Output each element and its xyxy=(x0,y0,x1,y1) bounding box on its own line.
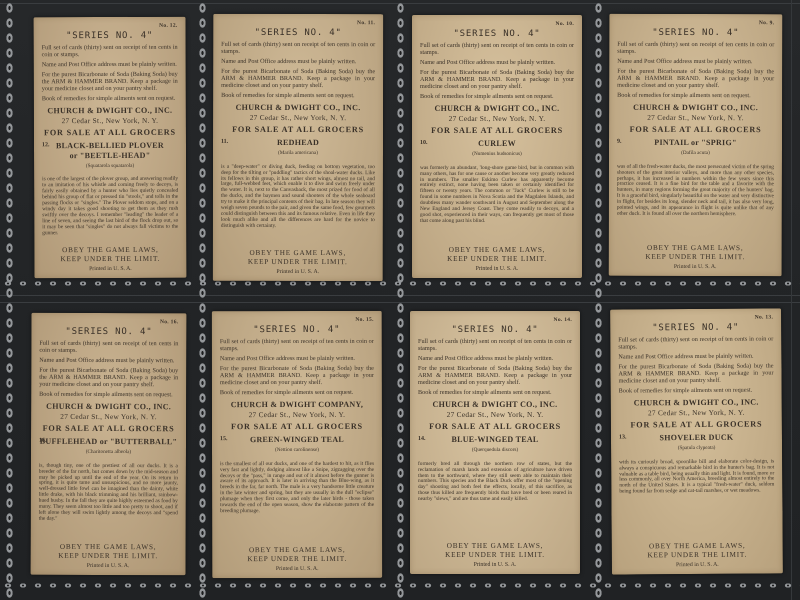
company-address: 27 Cedar St., New York, N. Y. xyxy=(617,114,774,123)
game-laws-line-2: KEEP UNDER THE LIMIT. xyxy=(418,551,572,560)
bird-description-text: with its curiously broad, spoonlike bill… xyxy=(619,458,774,495)
address-instruction-paragraph: Name and Post Office address must be pla… xyxy=(42,61,178,69)
bird-description-text: is one of the largest of the plover grou… xyxy=(42,176,178,236)
company-name: CHURCH & DWIGHT CO., INC. xyxy=(418,400,572,410)
game-laws-line-1: OBEY THE GAME LAWS, xyxy=(220,546,374,556)
trading-card-back: No. 13. "SERIES NO. 4" Full set of cards… xyxy=(610,308,783,574)
remedies-paragraph: Book of remedies for simple ailments sen… xyxy=(220,388,374,395)
arm-and-hammer-ad-paragraph: For the purest Bicarbonate of Soda (Baki… xyxy=(617,67,774,89)
bird-name-title: BLUE-WINGED TEAL xyxy=(418,435,572,445)
arm-and-hammer-ad-paragraph: For the purest Bicarbonate of Soda (Baki… xyxy=(39,366,178,388)
trading-card-back: No. 15. "SERIES NO. 4" Full set of cards… xyxy=(212,311,382,578)
scientific-name: (Dafila acuta) xyxy=(617,150,774,157)
offer-paragraph: Full set of cards (thirty) sent on recei… xyxy=(221,41,375,56)
company-address: 27 Cedar St., New York, N. Y. xyxy=(221,114,375,123)
offer-paragraph: Full set of cards (thirty) sent on recei… xyxy=(617,41,774,56)
bird-name-title: PINTAIL or "SPRIG" xyxy=(617,138,774,148)
card-title-row: 15. GREEN-WINGED TEAL xyxy=(220,435,374,445)
company-name: CHURCH & DWIGHT CO., INC. xyxy=(42,106,178,116)
grocers-line: FOR SALE AT ALL GROCERS xyxy=(418,422,572,432)
grocers-line: FOR SALE AT ALL GROCERS xyxy=(619,419,774,430)
bird-description-text: is a "deep-water" or diving duck, feedin… xyxy=(221,163,375,229)
scientific-name: (Numenius hudsonicus) xyxy=(420,151,574,157)
stitch-row-middle xyxy=(0,277,800,290)
bird-name-title: BLACK-BELLIED PLOVER xyxy=(42,141,178,151)
bird-name-title: CURLEW xyxy=(420,139,574,149)
series-title: "SERIES NO. 4" xyxy=(420,29,574,40)
game-laws-line-1: OBEY THE GAME LAWS, xyxy=(617,244,774,254)
arm-and-hammer-ad-paragraph: For the purest Bicarbonate of Soda (Baki… xyxy=(221,68,375,90)
address-instruction-paragraph: Name and Post Office address must be pla… xyxy=(418,355,572,362)
stitch-column-3 xyxy=(592,0,605,600)
card-footer: OBEY THE GAME LAWS, KEEP UNDER THE LIMIT… xyxy=(617,244,774,272)
card-number-badge: No. 16. xyxy=(39,320,178,326)
offer-paragraph: Full set of cards (thirty) sent on recei… xyxy=(220,338,374,353)
stitch-column-1 xyxy=(196,0,209,600)
remedies-paragraph: Book of remedies for simple ailments sen… xyxy=(418,389,572,396)
remedies-paragraph: Book of remedies for simple ailments sen… xyxy=(617,91,774,99)
card-title-number: 13. xyxy=(619,435,627,442)
printed-in-usa-line: Printed in U. S. A. xyxy=(620,562,775,570)
card-title-number: 15. xyxy=(220,436,228,443)
address-instruction-paragraph: Name and Post Office address must be pla… xyxy=(617,58,774,66)
remedies-paragraph: Book of remedies for simple ailments sen… xyxy=(39,390,178,398)
offer-paragraph: Full set of cards (thirty) sent on recei… xyxy=(618,336,773,351)
printed-in-usa-line: Printed in U. S. A. xyxy=(221,269,375,276)
remedies-paragraph: Book of remedies for simple ailments sen… xyxy=(619,386,774,394)
game-laws-line-2: KEEP UNDER THE LIMIT. xyxy=(620,551,775,561)
bird-description-text: was formerly an abundant, 'long-shore ga… xyxy=(420,165,574,225)
grocers-line: FOR SALE AT ALL GROCERS xyxy=(42,127,178,137)
offer-paragraph: Full set of cards (thirty) sent on recei… xyxy=(418,338,572,352)
card-title-row: 16. BUFFLEHEAD or "BUTTERBALL" xyxy=(39,437,178,447)
address-instruction-paragraph: Name and Post Office address must be pla… xyxy=(39,357,178,365)
card-footer: OBEY THE GAME LAWS, KEEP UNDER THE LIMIT… xyxy=(42,246,178,274)
company-address: 27 Cedar St., New York, N. Y. xyxy=(619,408,774,418)
card-number-badge: No. 15. xyxy=(220,318,374,324)
printed-in-usa-line: Printed in U. S. A. xyxy=(617,264,774,271)
address-instruction-paragraph: Name and Post Office address must be pla… xyxy=(220,355,374,362)
game-laws-line-2: KEEP UNDER THE LIMIT. xyxy=(617,253,774,263)
trading-card-back: No. 14. "SERIES NO. 4" Full set of cards… xyxy=(410,311,580,574)
bird-name-title: BUFFLEHEAD or "BUTTERBALL" xyxy=(39,437,178,447)
card-sleeve: No. 12. "SERIES NO. 4" Full set of cards… xyxy=(0,0,800,600)
binder-page: { "page": { "background_color": "#232527… xyxy=(0,0,800,600)
printed-in-usa-line: Printed in U. S. A. xyxy=(42,266,178,273)
series-title: "SERIES NO. 4" xyxy=(42,30,178,41)
bird-description-text: formerly bred all through the northern r… xyxy=(418,461,572,503)
card-title-number: 12. xyxy=(42,143,50,150)
series-title: "SERIES NO. 4" xyxy=(618,322,773,334)
card-title-row: 11. REDHEAD xyxy=(221,138,375,148)
card-number-badge: No. 12. xyxy=(42,24,178,30)
card-number-badge: No. 11. xyxy=(221,21,375,27)
series-title: "SERIES NO. 4" xyxy=(39,326,178,337)
game-laws-line-1: OBEY THE GAME LAWS, xyxy=(221,249,375,259)
address-instruction-paragraph: Name and Post Office address must be pla… xyxy=(221,58,375,65)
arm-and-hammer-ad-paragraph: For the purest Bicarbonate of Soda (Baki… xyxy=(618,362,773,384)
card-number-badge: No. 13. xyxy=(618,315,773,322)
stitch-row-bottom xyxy=(0,579,800,592)
card-title-number: 11. xyxy=(221,139,228,146)
scientific-name: (Charitonetta albeola) xyxy=(39,449,178,456)
card-footer: OBEY THE GAME LAWS, KEEP UNDER THE LIMIT… xyxy=(620,541,775,569)
grocers-line: FOR SALE AT ALL GROCERS xyxy=(221,124,375,134)
game-laws-line-1: OBEY THE GAME LAWS, xyxy=(418,542,572,551)
trading-card-back: No. 16. "SERIES NO. 4" Full set of cards… xyxy=(31,313,187,576)
stitch-column-2 xyxy=(394,0,407,600)
bird-name-subtitle: or "BEETLE-HEAD" xyxy=(42,151,178,161)
card-title-row: 10. CURLEW xyxy=(420,139,574,149)
card-title-row: 9. PINTAIL or "SPRIG" xyxy=(617,138,774,148)
remedies-paragraph: Book of remedies for simple ailments sen… xyxy=(420,93,574,100)
card-title-number: 14. xyxy=(418,436,426,443)
bird-description-text: was of all the fresh-water ducks, the mo… xyxy=(617,163,774,217)
scientific-name: (Querquedula discors) xyxy=(418,447,572,453)
company-name: CHURCH & DWIGHT CO., INC. xyxy=(619,398,774,409)
trading-card-back: No. 12. "SERIES NO. 4" Full set of cards… xyxy=(34,17,187,279)
scientific-name: (Nettion carolinense) xyxy=(220,447,374,454)
series-title: "SERIES NO. 4" xyxy=(220,324,374,335)
game-laws-line-2: KEEP UNDER THE LIMIT. xyxy=(42,255,178,265)
series-title: "SERIES NO. 4" xyxy=(221,27,375,38)
trading-card-back: No. 9. "SERIES NO. 4" Full set of cards … xyxy=(609,14,783,276)
company-address: 27 Cedar St., New York, N. Y. xyxy=(39,413,178,422)
bird-description-text: is the smallest of all our ducks, and on… xyxy=(220,460,374,514)
arm-and-hammer-ad-paragraph: For the purest Bicarbonate of Soda (Baki… xyxy=(420,69,574,90)
card-footer: OBEY THE GAME LAWS, KEEP UNDER THE LIMIT… xyxy=(420,246,574,273)
company-name: CHURCH & DWIGHT COMPANY, xyxy=(220,400,374,410)
remedies-paragraph: Book of remedies for simple ailments sen… xyxy=(221,91,375,98)
card-number-badge: No. 10. xyxy=(420,22,574,28)
game-laws-line-2: KEEP UNDER THE LIMIT. xyxy=(39,552,178,562)
card-title-row: 14. BLUE-WINGED TEAL xyxy=(418,435,572,445)
card-title-number: 10. xyxy=(420,140,428,147)
bird-description-text: is, though tiny, one of the prettiest of… xyxy=(39,462,178,522)
arm-and-hammer-ad-paragraph: For the purest Bicarbonate of Soda (Baki… xyxy=(220,365,374,387)
printed-in-usa-line: Printed in U. S. A. xyxy=(220,566,374,573)
scientific-name: (Squatarola squatarola) xyxy=(42,162,178,169)
card-title-number: 9. xyxy=(617,139,622,146)
card-number-badge: No. 14. xyxy=(418,318,572,324)
arm-and-hammer-ad-paragraph: For the purest Bicarbonate of Soda (Baki… xyxy=(418,365,572,386)
game-laws-line-1: OBEY THE GAME LAWS, xyxy=(420,246,574,255)
address-instruction-paragraph: Name and Post Office address must be pla… xyxy=(618,353,773,361)
card-footer: OBEY THE GAME LAWS, KEEP UNDER THE LIMIT… xyxy=(39,543,178,571)
offer-paragraph: Full set of cards (thirty) sent on recei… xyxy=(42,44,178,59)
grocers-line: FOR SALE AT ALL GROCERS xyxy=(39,423,178,433)
offer-paragraph: Full set of cards (thirty) sent on recei… xyxy=(420,42,574,56)
grocers-line: FOR SALE AT ALL GROCERS xyxy=(220,421,374,431)
trading-card-back: No. 11. "SERIES NO. 4" Full set of cards… xyxy=(213,14,383,281)
company-address: 27 Cedar St., New York, N. Y. xyxy=(42,117,178,126)
card-footer: OBEY THE GAME LAWS, KEEP UNDER THE LIMIT… xyxy=(220,546,374,573)
company-address: 27 Cedar St., New York, N. Y. xyxy=(220,411,374,420)
company-name: CHURCH & DWIGHT CO., INC. xyxy=(617,103,774,113)
series-title: "SERIES NO. 4" xyxy=(418,325,572,336)
grocers-line: FOR SALE AT ALL GROCERS xyxy=(617,124,774,134)
address-instruction-paragraph: Name and Post Office address must be pla… xyxy=(420,59,574,66)
printed-in-usa-line: Printed in U. S. A. xyxy=(39,563,178,570)
card-number-badge: No. 9. xyxy=(617,21,774,27)
series-title: "SERIES NO. 4" xyxy=(617,27,774,38)
game-laws-line-1: OBEY THE GAME LAWS, xyxy=(42,246,178,256)
game-laws-line-2: KEEP UNDER THE LIMIT. xyxy=(221,258,375,268)
company-address: 27 Cedar St., New York, N. Y. xyxy=(420,115,574,124)
stitch-column-left xyxy=(3,0,16,600)
grocers-line: FOR SALE AT ALL GROCERS xyxy=(420,126,574,136)
bird-name-title: GREEN-WINGED TEAL xyxy=(220,435,374,445)
bird-name-title: REDHEAD xyxy=(221,138,375,148)
game-laws-line-1: OBEY THE GAME LAWS, xyxy=(39,543,178,553)
game-laws-line-2: KEEP UNDER THE LIMIT. xyxy=(220,555,374,565)
sleeve-seam-right xyxy=(791,0,792,600)
printed-in-usa-line: Printed in U. S. A. xyxy=(418,562,572,569)
game-laws-line-2: KEEP UNDER THE LIMIT. xyxy=(420,255,574,264)
trading-card-back: No. 10. "SERIES NO. 4" Full set of cards… xyxy=(412,15,582,278)
card-title-number: 16. xyxy=(39,438,47,445)
company-name: CHURCH & DWIGHT CO., INC. xyxy=(420,104,574,114)
printed-in-usa-line: Printed in U. S. A. xyxy=(420,266,574,273)
company-address: 27 Cedar St., New York, N. Y. xyxy=(418,411,572,420)
card-footer: OBEY THE GAME LAWS, KEEP UNDER THE LIMIT… xyxy=(418,542,572,569)
card-footer: OBEY THE GAME LAWS, KEEP UNDER THE LIMIT… xyxy=(221,249,375,276)
remedies-paragraph: Book of remedies for simple ailments sen… xyxy=(42,94,178,102)
scientific-name: (Spatula clypeata) xyxy=(619,444,774,451)
bird-name-title: SHOVELER DUCK xyxy=(619,433,774,444)
arm-and-hammer-ad-paragraph: For the purest Bicarbonate of Soda (Baki… xyxy=(42,70,178,92)
company-name: CHURCH & DWIGHT CO., INC. xyxy=(221,103,375,113)
scientific-name: (Marila americana) xyxy=(221,150,375,157)
company-name: CHURCH & DWIGHT CO., INC. xyxy=(39,402,178,412)
offer-paragraph: Full set of cards (thirty) sent on recei… xyxy=(39,340,178,355)
card-title-row: 12. BLACK-BELLIED PLOVER xyxy=(42,141,178,151)
card-title-row: 13. SHOVELER DUCK xyxy=(619,433,774,444)
